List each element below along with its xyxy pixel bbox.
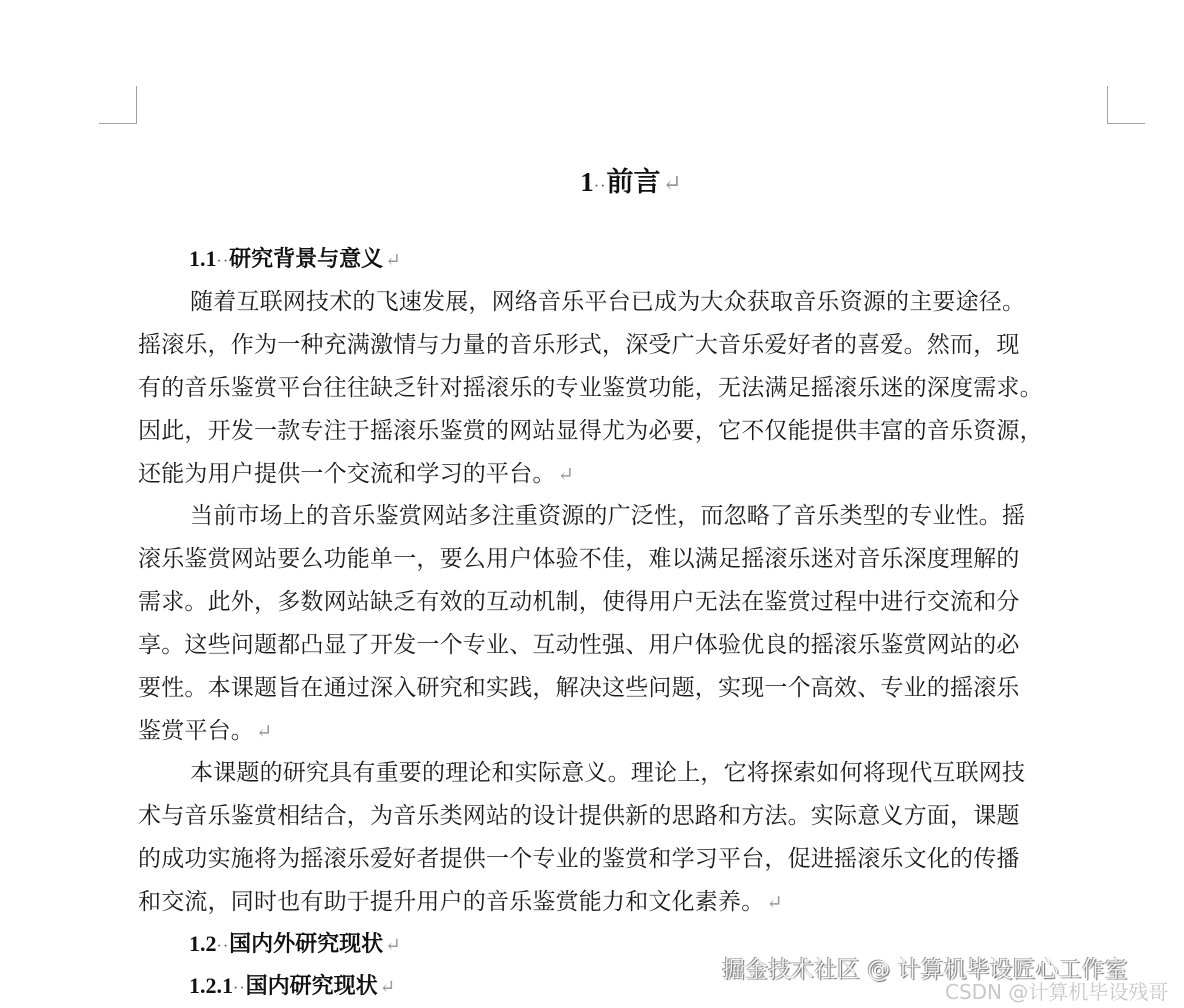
text-line: 有的音乐鉴赏平台往往缺乏针对摇滚乐的专业鉴赏功能，无法满足摇滚乐迷的深度需求。 — [138, 373, 1043, 403]
section-title: 国内研究现状 — [246, 973, 378, 998]
section-title: 研究背景与意义 — [229, 246, 383, 271]
text-line: 和交流，同时也有助于提升用户的音乐鉴赏能力和文化素养。↵ — [138, 887, 783, 918]
section-number: 1.2.1 — [189, 973, 233, 998]
tab-dots: ·· — [233, 980, 246, 997]
text-line: 要性。本课题旨在通过深入研究和实践，解决这些问题，实现一个高效、专业的摇滚乐 — [138, 673, 1020, 703]
chapter-heading: 1··前言↵ — [0, 163, 1184, 206]
text-line-content: 和交流，同时也有助于提升用户的音乐鉴赏能力和文化素养。 — [138, 889, 764, 915]
text-line: 鉴赏平台。↵ — [138, 716, 273, 747]
chapter-title: 前言 — [606, 167, 660, 197]
text-line: 随着互联网技术的飞速发展，网络音乐平台已成为大众获取音乐资源的主要途径。 — [190, 287, 1025, 317]
paragraph-mark-icon: ↵ — [558, 463, 575, 486]
text-line: 术与音乐鉴赏相结合，为音乐类网站的设计提供新的思路和方法。实际意义方面，课题 — [138, 801, 1020, 831]
margin-corner-mark-top-left — [99, 86, 137, 124]
tab-dots: ·· — [217, 938, 230, 955]
watermark-csdn: CSDN @计算机毕设残哥 — [945, 976, 1168, 1005]
section-heading-1-2-1: 1.2.1··国内研究现状↵ — [189, 970, 395, 1005]
text-line-content: 鉴赏平台。 — [138, 718, 254, 744]
text-line: 的成功实施将为摇滚乐爱好者提供一个专业的鉴赏和学习平台，促进摇滚乐文化的传播 — [138, 844, 1020, 874]
paragraph-mark-icon: ↵ — [385, 250, 401, 271]
text-line: 因此，开发一款专注于摇滚乐鉴赏的网站显得尤为必要，它不仅能提供丰富的音乐资源， — [138, 416, 1043, 446]
text-line: 享。这些问题都凸显了开发一个专业、互动性强、用户体验优良的摇滚乐鉴赏网站的必 — [138, 630, 1020, 660]
text-line: 摇滚乐，作为一种充满激情与力量的音乐形式，深受广大音乐爱好者的喜爱。然而，现 — [138, 330, 1020, 360]
section-title: 国内外研究现状 — [229, 931, 383, 956]
text-line: 当前市场上的音乐鉴赏网站多注重资源的广泛性，而忽略了音乐类型的专业性。摇 — [190, 501, 1025, 531]
text-line: 需求。此外，多数网站缺乏有效的互动机制，使得用户无法在鉴赏过程中进行交流和分 — [138, 587, 1020, 617]
section-heading-1-1: 1.1··研究背景与意义↵ — [189, 243, 401, 278]
document-page: 1··前言↵ 1.1··研究背景与意义↵ 随着互联网技术的飞速发展，网络音乐平台… — [0, 0, 1184, 1008]
tab-dots: ·· — [594, 178, 607, 195]
text-line: 滚乐鉴赏网站要么功能单一，要么用户体验不佳，难以满足摇滚乐迷对音乐深度理解的 — [138, 544, 1020, 574]
chapter-number: 1 — [580, 167, 594, 197]
text-line-content: 还能为用户提供一个交流和学习的平台。 — [138, 461, 556, 487]
text-line: 还能为用户提供一个交流和学习的平台。↵ — [138, 459, 574, 490]
paragraph-mark-icon: ↵ — [380, 977, 396, 998]
margin-corner-mark-top-right — [1107, 86, 1145, 124]
paragraph-mark-icon: ↵ — [662, 171, 681, 196]
paragraph-mark-icon: ↵ — [766, 891, 783, 914]
section-heading-1-2: 1.2··国内外研究现状↵ — [189, 928, 401, 963]
section-number: 1.1 — [189, 246, 217, 271]
text-line: 本课题的研究具有重要的理论和实际意义。理论上，它将探索如何将现代互联网技 — [190, 758, 1025, 788]
tab-dots: ·· — [217, 253, 230, 270]
paragraph-mark-icon: ↵ — [256, 720, 273, 743]
paragraph-mark-icon: ↵ — [385, 935, 401, 956]
section-number: 1.2 — [189, 931, 217, 956]
